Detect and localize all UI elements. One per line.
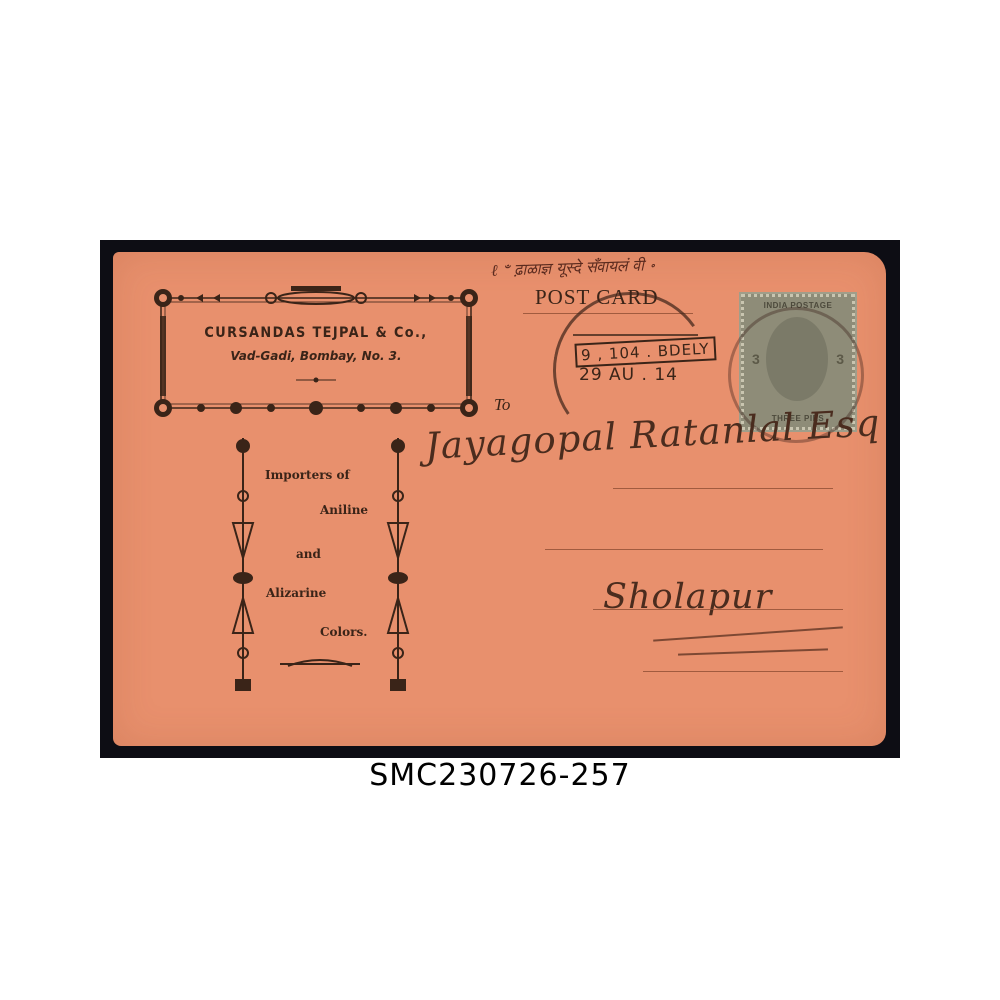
company-address: Vad-Gadi, Bombay, No. 3. <box>151 349 481 363</box>
address-line-4 <box>643 671 843 672</box>
city-name: Sholapur <box>603 577 772 617</box>
address-line-1 <box>613 488 833 489</box>
trade-line-importers: Importers of <box>265 468 350 482</box>
trade-line-and: and <box>296 547 321 561</box>
underline-stroke-2 <box>678 648 828 655</box>
handwritten-annotation: ℓ ꣲ ढ़ाळाज्ञ यूस्दे सँवायलं वी ॰ <box>491 255 655 281</box>
postmark-bar <box>573 334 698 336</box>
postcard: CURSANDAS TEJPAL & Co., Vad-Gadi, Bombay… <box>113 252 886 746</box>
to-label: To <box>494 395 510 415</box>
header-ornament-frame: CURSANDAS TEJPAL & Co., Vad-Gadi, Bombay… <box>151 286 481 418</box>
company-name: CURSANDAS TEJPAL & Co., <box>164 325 468 341</box>
postmark-date: 29 AU . 14 <box>579 365 678 385</box>
trade-line-alizarine: Alizarine <box>266 586 326 600</box>
trade-line-aniline: Aniline <box>320 503 368 517</box>
catalog-id: SMC230726-257 <box>0 758 1000 793</box>
underline-stroke <box>653 626 843 641</box>
address-line-3 <box>593 609 843 610</box>
address-line-2 <box>545 549 823 550</box>
trade-line-colors: Colors. <box>320 625 367 639</box>
